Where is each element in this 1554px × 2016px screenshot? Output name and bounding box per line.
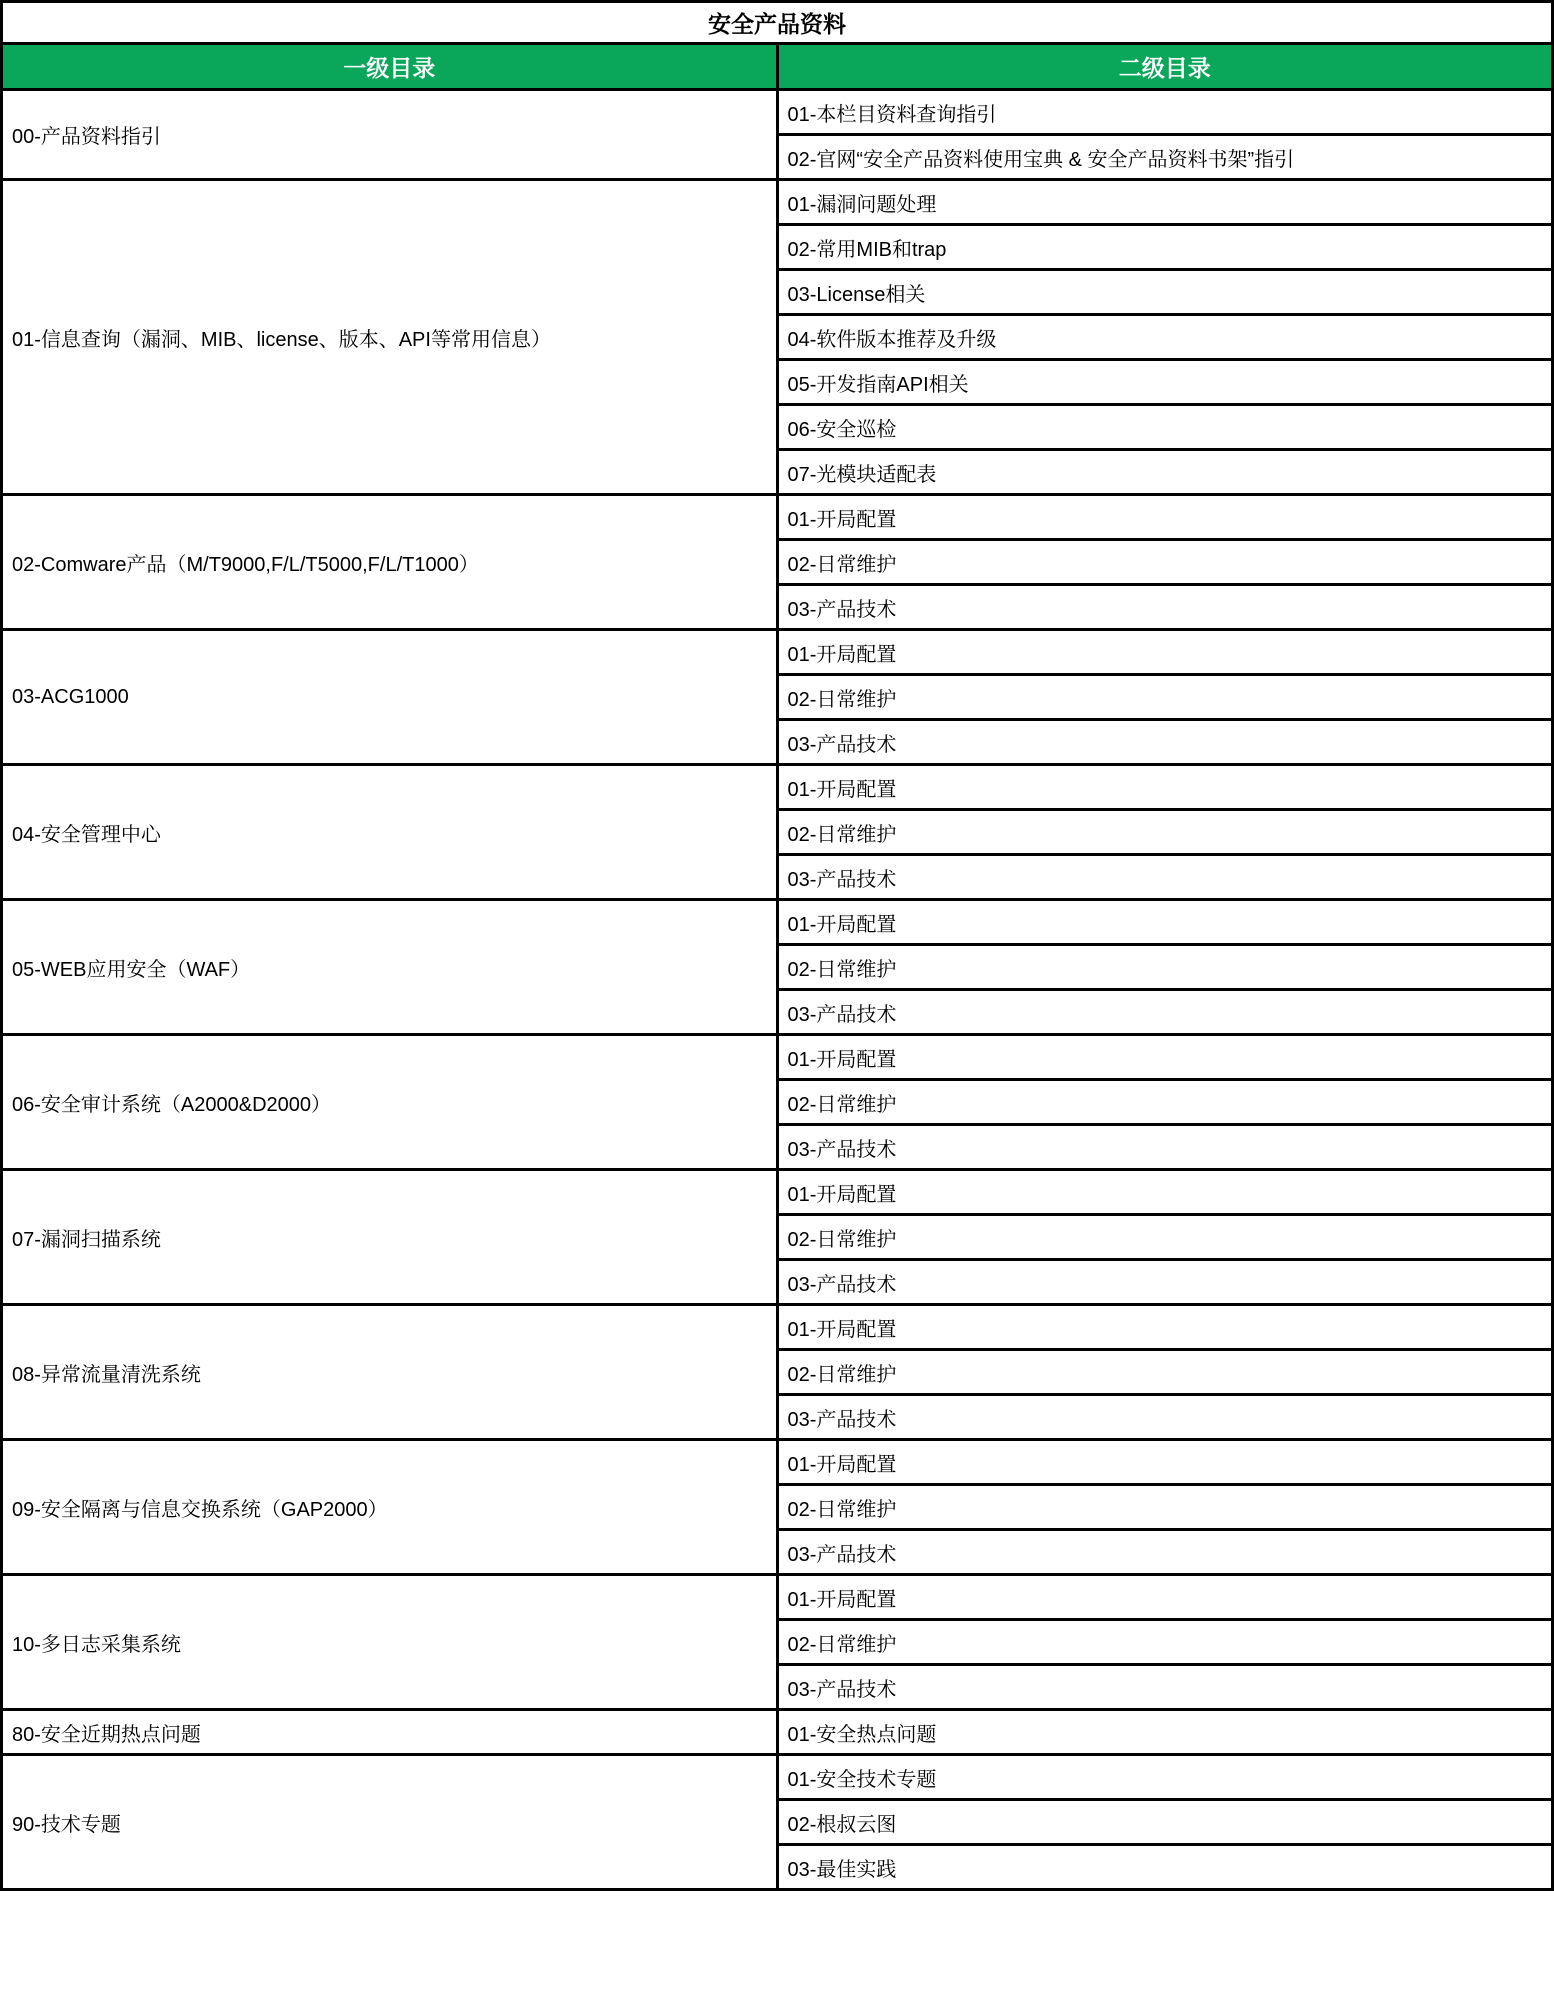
level2-cell: 01-开局配置 bbox=[777, 495, 1553, 540]
level2-cell: 02-日常维护 bbox=[777, 1080, 1553, 1125]
header-row: 一级目录 二级目录 bbox=[2, 44, 1553, 90]
level2-cell: 03-License相关 bbox=[777, 270, 1553, 315]
table-row: 04-安全管理中心01-开局配置 bbox=[2, 765, 1553, 810]
table-row: 80-安全近期热点问题01-安全热点问题 bbox=[2, 1710, 1553, 1755]
table-row: 09-安全隔离与信息交换系统（GAP2000）01-开局配置 bbox=[2, 1440, 1553, 1485]
table-row: 06-安全审计系统（A2000&D2000）01-开局配置 bbox=[2, 1035, 1553, 1080]
level2-cell: 01-开局配置 bbox=[777, 1440, 1553, 1485]
level2-cell: 01-开局配置 bbox=[777, 1035, 1553, 1080]
level2-cell: 02-官网“安全产品资料使用宝典 & 安全产品资料书架”指引 bbox=[777, 135, 1553, 180]
level1-cell: 01-信息查询（漏洞、MIB、license、版本、API等常用信息） bbox=[2, 180, 778, 495]
level2-cell: 03-产品技术 bbox=[777, 1395, 1553, 1440]
table-row: 02-Comware产品（M/T9000,F/L/T5000,F/L/T1000… bbox=[2, 495, 1553, 540]
table-body: 00-产品资料指引01-本栏目资料查询指引02-官网“安全产品资料使用宝典 & … bbox=[2, 90, 1553, 1890]
level2-cell: 02-日常维护 bbox=[777, 540, 1553, 585]
level2-cell: 01-安全热点问题 bbox=[777, 1710, 1553, 1755]
level1-cell: 10-多日志采集系统 bbox=[2, 1575, 778, 1710]
level1-cell: 07-漏洞扫描系统 bbox=[2, 1170, 778, 1305]
level1-cell: 05-WEB应用安全（WAF） bbox=[2, 900, 778, 1035]
level2-cell: 06-安全巡检 bbox=[777, 405, 1553, 450]
column-header-level1: 一级目录 bbox=[2, 44, 778, 90]
level2-cell: 02-日常维护 bbox=[777, 1620, 1553, 1665]
level2-cell: 07-光模块适配表 bbox=[777, 450, 1553, 495]
table-row: 00-产品资料指引01-本栏目资料查询指引 bbox=[2, 90, 1553, 135]
level1-cell: 08-异常流量清洗系统 bbox=[2, 1305, 778, 1440]
level1-cell: 02-Comware产品（M/T9000,F/L/T5000,F/L/T1000… bbox=[2, 495, 778, 630]
level2-cell: 01-开局配置 bbox=[777, 1305, 1553, 1350]
level2-cell: 03-产品技术 bbox=[777, 720, 1553, 765]
level2-cell: 02-日常维护 bbox=[777, 675, 1553, 720]
level2-cell: 02-根叔云图 bbox=[777, 1800, 1553, 1845]
table-row: 90-技术专题01-安全技术专题 bbox=[2, 1755, 1553, 1800]
level2-cell: 02-日常维护 bbox=[777, 1485, 1553, 1530]
level2-cell: 01-本栏目资料查询指引 bbox=[777, 90, 1553, 135]
table-row: 08-异常流量清洗系统01-开局配置 bbox=[2, 1305, 1553, 1350]
level2-cell: 03-产品技术 bbox=[777, 1260, 1553, 1305]
level1-cell: 09-安全隔离与信息交换系统（GAP2000） bbox=[2, 1440, 778, 1575]
level2-cell: 03-产品技术 bbox=[777, 585, 1553, 630]
level2-cell: 04-软件版本推荐及升级 bbox=[777, 315, 1553, 360]
level2-cell: 01-开局配置 bbox=[777, 1170, 1553, 1215]
title-row: 安全产品资料 bbox=[2, 2, 1553, 44]
document-page: 安全产品资料 一级目录 二级目录 00-产品资料指引01-本栏目资料查询指引02… bbox=[0, 0, 1554, 1891]
column-header-level2: 二级目录 bbox=[777, 44, 1553, 90]
level2-cell: 02-日常维护 bbox=[777, 1215, 1553, 1260]
level2-cell: 05-开发指南API相关 bbox=[777, 360, 1553, 405]
page-title: 安全产品资料 bbox=[2, 2, 1553, 44]
catalog-table: 安全产品资料 一级目录 二级目录 00-产品资料指引01-本栏目资料查询指引02… bbox=[0, 0, 1554, 1891]
level2-cell: 01-漏洞问题处理 bbox=[777, 180, 1553, 225]
table-row: 03-ACG100001-开局配置 bbox=[2, 630, 1553, 675]
level2-cell: 03-产品技术 bbox=[777, 1530, 1553, 1575]
level2-cell: 01-开局配置 bbox=[777, 1575, 1553, 1620]
level2-cell: 03-最佳实践 bbox=[777, 1845, 1553, 1890]
level2-cell: 01-开局配置 bbox=[777, 765, 1553, 810]
level2-cell: 02-日常维护 bbox=[777, 1350, 1553, 1395]
level2-cell: 01-开局配置 bbox=[777, 900, 1553, 945]
level2-cell: 01-开局配置 bbox=[777, 630, 1553, 675]
level2-cell: 02-日常维护 bbox=[777, 945, 1553, 990]
level1-cell: 03-ACG1000 bbox=[2, 630, 778, 765]
level1-cell: 00-产品资料指引 bbox=[2, 90, 778, 180]
level2-cell: 03-产品技术 bbox=[777, 1665, 1553, 1710]
table-row: 05-WEB应用安全（WAF）01-开局配置 bbox=[2, 900, 1553, 945]
table-row: 07-漏洞扫描系统01-开局配置 bbox=[2, 1170, 1553, 1215]
level1-cell: 90-技术专题 bbox=[2, 1755, 778, 1890]
level2-cell: 03-产品技术 bbox=[777, 1125, 1553, 1170]
level1-cell: 06-安全审计系统（A2000&D2000） bbox=[2, 1035, 778, 1170]
level2-cell: 02-常用MIB和trap bbox=[777, 225, 1553, 270]
table-row: 10-多日志采集系统01-开局配置 bbox=[2, 1575, 1553, 1620]
level1-cell: 80-安全近期热点问题 bbox=[2, 1710, 778, 1755]
level2-cell: 03-产品技术 bbox=[777, 855, 1553, 900]
level1-cell: 04-安全管理中心 bbox=[2, 765, 778, 900]
level2-cell: 01-安全技术专题 bbox=[777, 1755, 1553, 1800]
level2-cell: 02-日常维护 bbox=[777, 810, 1553, 855]
level2-cell: 03-产品技术 bbox=[777, 990, 1553, 1035]
table-row: 01-信息查询（漏洞、MIB、license、版本、API等常用信息）01-漏洞… bbox=[2, 180, 1553, 225]
